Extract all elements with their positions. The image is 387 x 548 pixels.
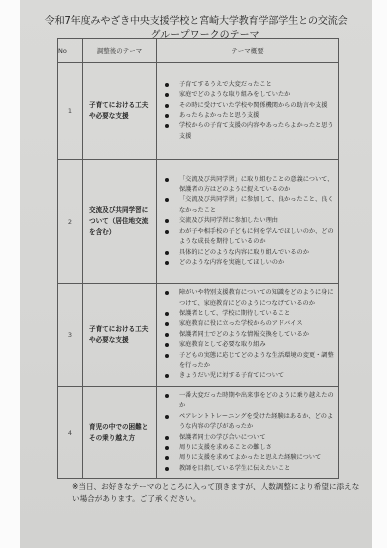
summary-item: ペアレントトレーニングを受けた経験はあるか、どのような内容の学びがあったか (163, 412, 334, 433)
theme-table: No 調整後のテーマ テーマ概要 1 子育てにおける工夫や必要な支援 子育てする… (57, 38, 339, 479)
summary-item: 障がいや特別支援教育についての知識をどのように身につけて、家庭教育にどのようにつ… (163, 288, 334, 309)
bullet-icon (165, 374, 169, 378)
summary-list: 一番大変だった時期や出来事をどのように乗り越えたのか ペアレントトレーニングを受… (163, 391, 334, 474)
row-theme: 子育てにおける工夫や必要な支援 (83, 63, 157, 160)
summary-item: 家庭でどのような取り組みをしていたか (163, 90, 334, 100)
bullet-icon (165, 83, 169, 87)
bullet-icon (165, 467, 169, 471)
summary-item: きょうだい児に対する子育てについて (163, 371, 334, 381)
summary-item: 教師を目指している学生に伝えたいこと (163, 464, 334, 474)
summary-item: 学校からの子育て支援の内容やあったらよかったと思う支援 (163, 121, 334, 142)
table-row: 4 育児の中での困難とその乗り越え方 一番大変だった時期や出来事をどのように乗り… (58, 387, 339, 479)
summary-list: 障がいや特別支援教育についての知識をどのように身につけて、家庭教育にどのようにつ… (163, 288, 334, 382)
bullet-icon (165, 354, 169, 358)
bullet-icon (165, 261, 169, 265)
bullet-icon (165, 456, 169, 460)
row-number: 4 (58, 387, 83, 479)
summary-item: 周りに支援を求めてよかったと思えた経験について (163, 453, 334, 463)
bullet-icon (165, 114, 169, 118)
summary-item: わが子や相手校の子どもに何を学んでほしいのか、どのような成長を期待しているのか (163, 227, 334, 248)
summary-item: 保護者として、学校に期待していること (163, 309, 334, 319)
summary-item: 「交流及び共同学習」に取り組むことの意義について、保護者の方はどのように捉えてい… (163, 175, 334, 196)
summary-item: 一番大変だった時期や出来事をどのように乗り越えたのか (163, 391, 334, 412)
table-row: 1 子育てにおける工夫や必要な支援 子育てするうえで大変だったこと 家庭でどのよ… (58, 63, 339, 160)
summary-item: どのような内容を実施してほしいのか (163, 258, 334, 268)
bullet-icon (165, 93, 169, 97)
table-body: 1 子育てにおける工夫や必要な支援 子育てするうえで大変だったこと 家庭でどのよ… (58, 63, 339, 479)
bullet-icon (165, 333, 169, 337)
header-theme: 調整後のテーマ (83, 39, 157, 63)
summary-item: 子どもの実態に応じてどのような生活環境の変更・調整を行ったか (163, 351, 334, 372)
row-number: 3 (58, 284, 83, 387)
row-summary: 「交流及び共同学習」に取り組むことの意義について、保護者の方はどのように捉えてい… (157, 160, 339, 284)
bullet-icon (165, 219, 169, 223)
row-theme: 交流及び共同学習について（居住地交流を含む） (83, 160, 157, 284)
document-title: 令和7年度みやざき中央支援学校と宮崎大学教育学部学生との交流会 (20, 12, 372, 27)
row-theme: 子育てにおける工夫や必要な支援 (83, 284, 157, 387)
summary-list: 「交流及び共同学習」に取り組むことの意義について、保護者の方はどのように捉えてい… (163, 175, 334, 269)
row-number: 2 (58, 160, 83, 284)
bullet-icon (165, 446, 169, 450)
header-summary: テーマ概要 (157, 39, 339, 63)
summary-item: 交流及び共同学習に参加したい理由 (163, 216, 334, 226)
header-no: No (58, 39, 83, 63)
bullet-icon (165, 394, 169, 398)
bullet-icon (165, 312, 169, 316)
footnote: ※当日、お好きなテーマのところに入って頂きますが、人数調整により希望に添えない場… (72, 481, 362, 505)
summary-item: 子育てするうえで大変だったこと (163, 80, 334, 90)
summary-item: 「交流及び共同学習」に参加して、良かったこと、良くなかったこと (163, 195, 334, 216)
table-row: 3 子育てにおける工夫や必要な支援 障がいや特別支援教育についての知識をどのよう… (58, 284, 339, 387)
row-summary: 一番大変だった時期や出来事をどのように乗り越えたのか ペアレントトレーニングを受… (157, 387, 339, 479)
row-summary: 子育てするうえで大変だったこと 家庭でどのような取り組みをしていたか その時に受… (157, 63, 339, 160)
bullet-icon (165, 436, 169, 440)
summary-item: 保護者同士でどのような情報交換をしているか (163, 330, 334, 340)
bullet-icon (165, 251, 169, 255)
summary-item: あったらよかったと思う支援 (163, 111, 334, 121)
paper-sheet: 令和7年度みやざき中央支援学校と宮崎大学教育学部学生との交流会 グループワークの… (20, 0, 372, 548)
bullet-icon (165, 415, 169, 419)
summary-item: 具体的にどのような内容に取り組んでいるのか (163, 248, 334, 258)
bullet-icon (165, 230, 169, 234)
bullet-icon (165, 124, 169, 128)
row-theme: 育児の中での困難とその乗り越え方 (83, 387, 157, 479)
bullet-icon (165, 343, 169, 347)
table-header-row: No 調整後のテーマ テーマ概要 (58, 39, 339, 63)
bullet-icon (165, 178, 169, 182)
row-summary: 障がいや特別支援教育についての知識をどのように身につけて、家庭教育にどのようにつ… (157, 284, 339, 387)
summary-item: 保護者同士の学び合いについて (163, 433, 334, 443)
summary-item: 家庭教育として必要な取り組み (163, 340, 334, 350)
bullet-icon (165, 104, 169, 108)
row-number: 1 (58, 63, 83, 160)
summary-item: 周りに支援を求めることの難しさ (163, 443, 334, 453)
bullet-icon (165, 291, 169, 295)
bullet-icon (165, 322, 169, 326)
summary-list: 子育てするうえで大変だったこと 家庭でどのような取り組みをしていたか その時に受… (163, 80, 334, 142)
table-row: 2 交流及び共同学習について（居住地交流を含む） 「交流及び共同学習」に取り組む… (58, 160, 339, 284)
summary-item: その時に受けていた学校や関係機関からの助言や支援 (163, 101, 334, 111)
summary-item: 家庭教育に役に立った学校からのアドバイス (163, 319, 334, 329)
bullet-icon (165, 198, 169, 202)
